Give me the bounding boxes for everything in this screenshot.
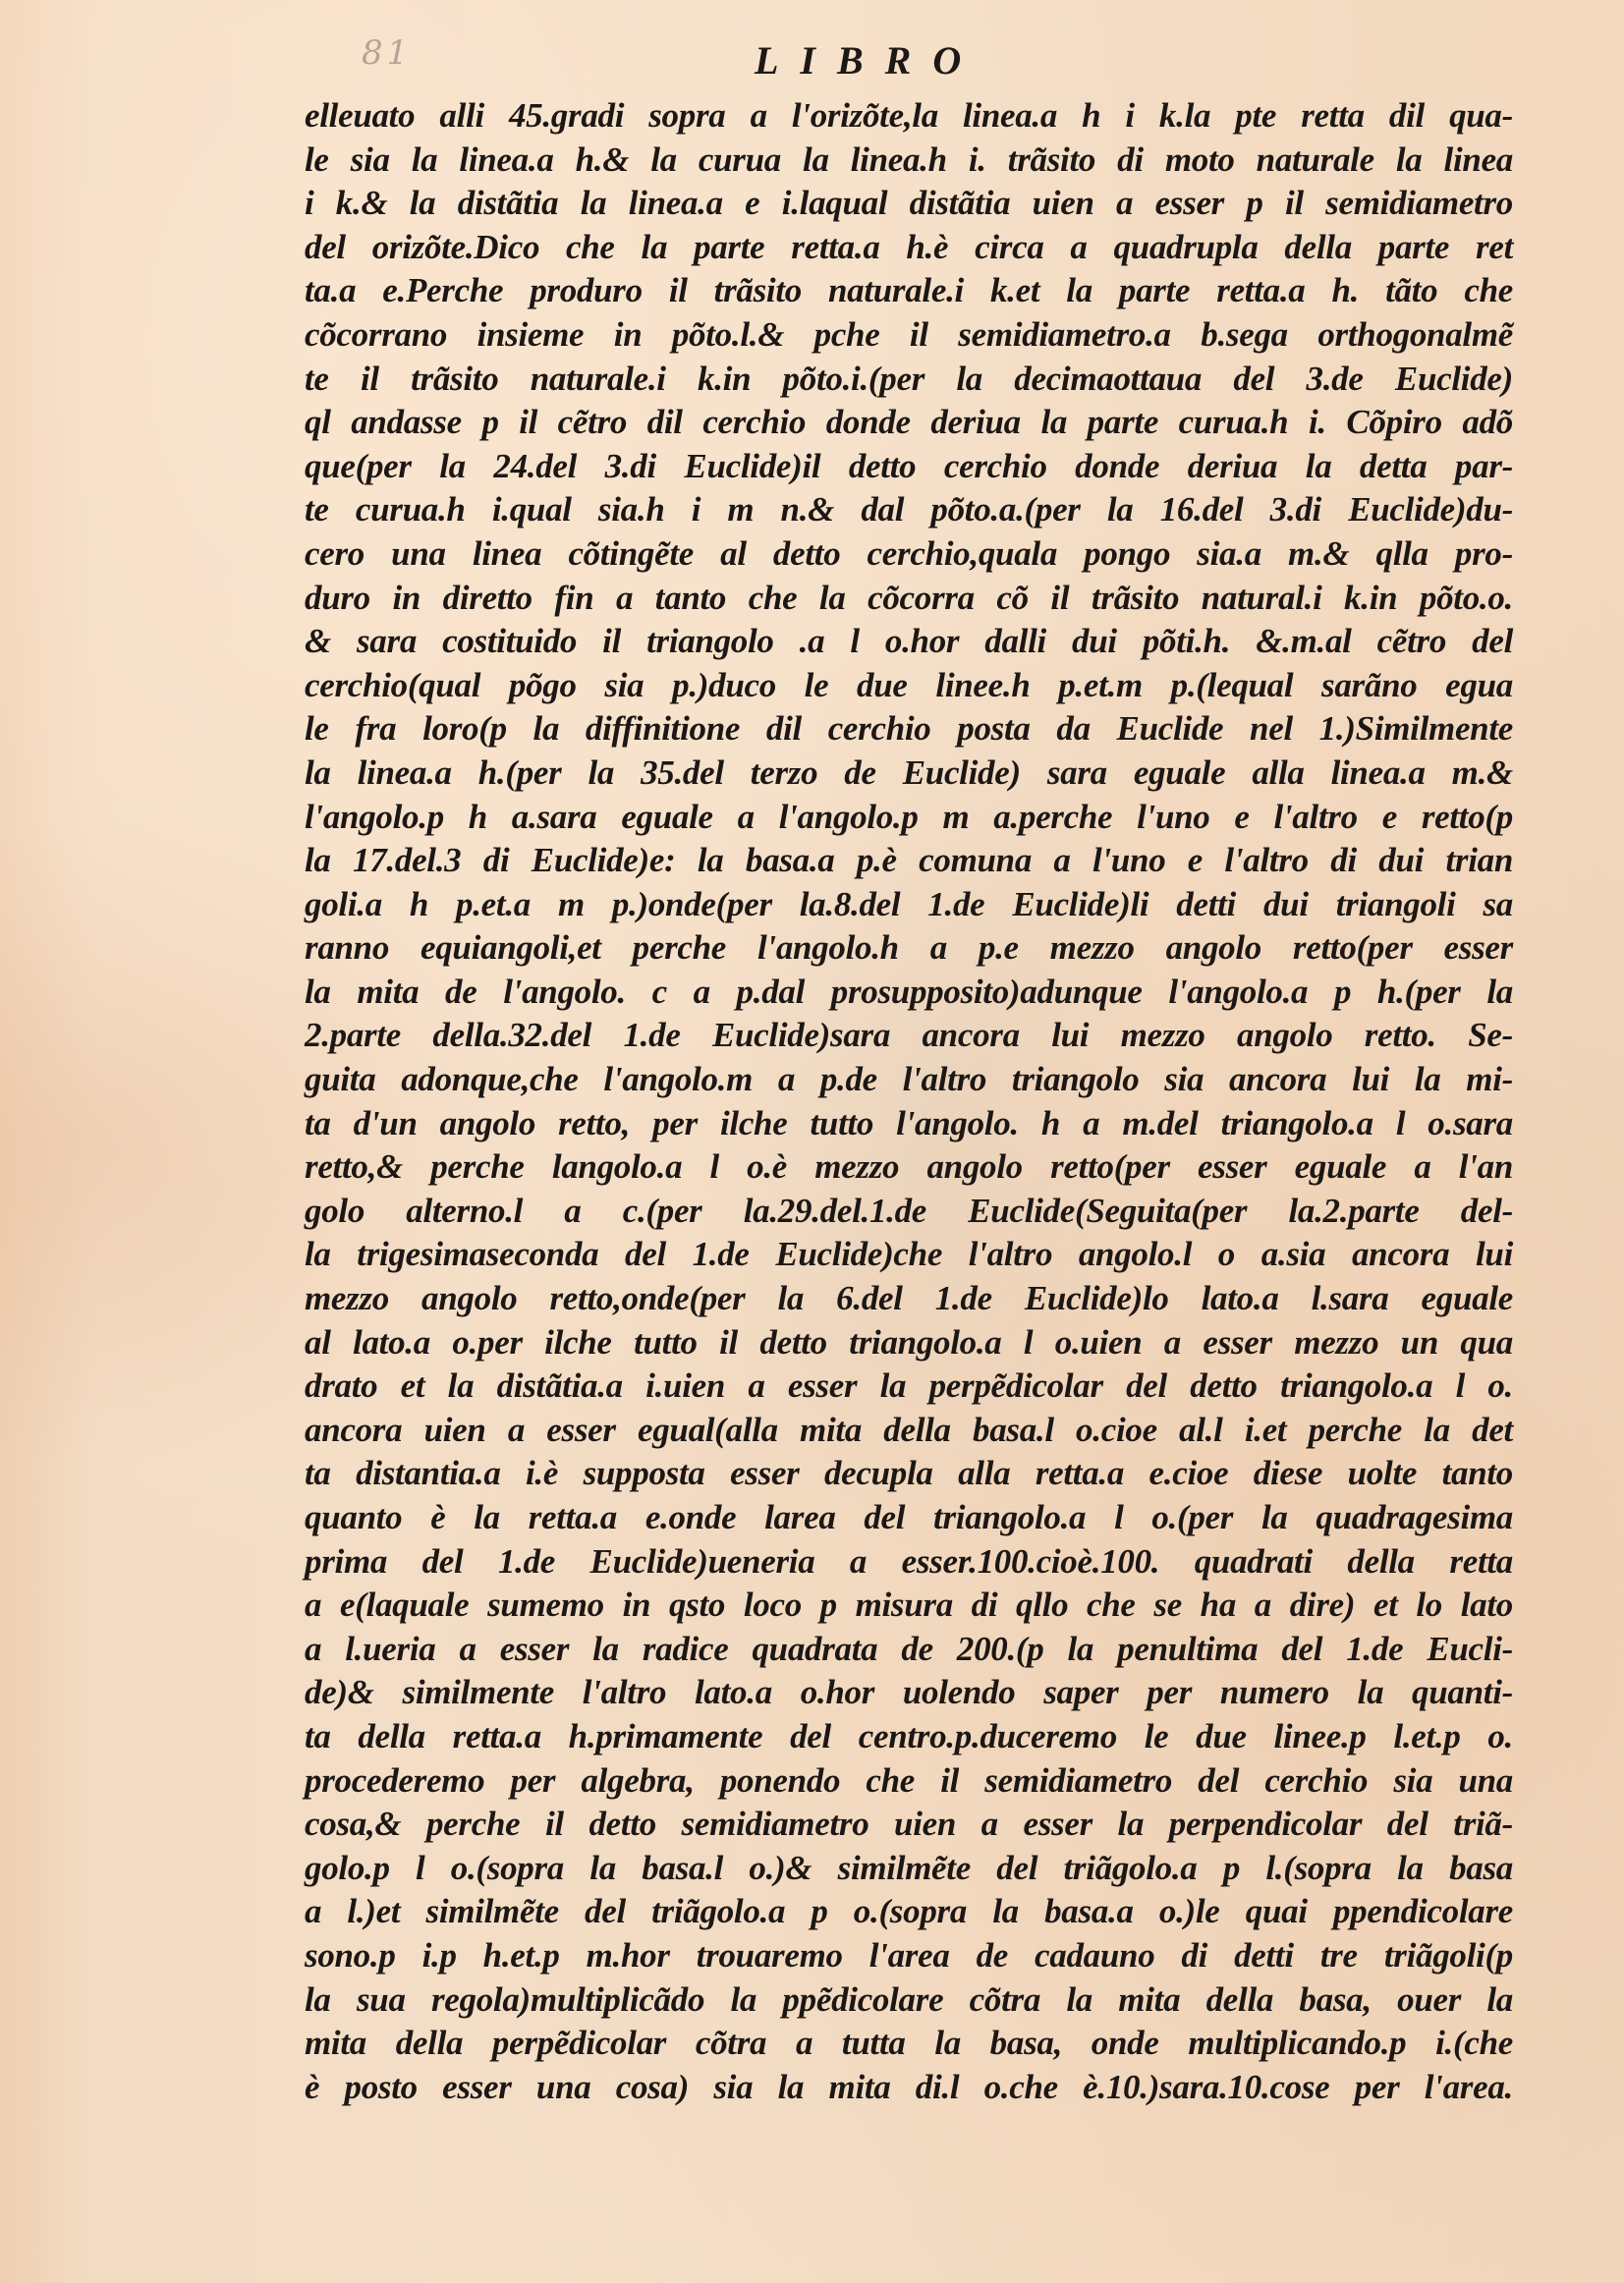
text-line: que(per la 24.del 3.di Euclide)il detto … [305, 445, 1513, 489]
text-line: prima del 1.de Euclide)ueneria a esser.1… [305, 1540, 1513, 1585]
text-line: le sia la linea.a h.& la curua la linea.… [305, 139, 1513, 183]
text-line: ta.a e.Perche produro il trãsito natural… [305, 269, 1513, 313]
text-line: 2.parte della.32.del 1.de Euclide)sara a… [305, 1014, 1513, 1058]
text-line: la sua regola)multiplicãdo la ppẽdicolar… [305, 1978, 1513, 2023]
text-line: drato et la distãtia.a i.uien a esser la… [305, 1364, 1513, 1409]
text-line: cosa,& perche il detto semidiametro uien… [305, 1803, 1513, 1847]
text-line: te il trãsito naturale.i k.in põto.i.(pe… [305, 358, 1513, 402]
text-line: procederemo per algebra, ponendo che il … [305, 1759, 1513, 1804]
text-line: golo.p l o.(sopra la basa.l o.)& similmẽ… [305, 1847, 1513, 1891]
text-line: cero una linea cõtingẽte al detto cerchi… [305, 532, 1513, 577]
text-line: ranno equiangoli,et perche l'angolo.h a … [305, 926, 1513, 971]
text-line: ta della retta.a h.primamente del centro… [305, 1715, 1513, 1759]
text-line: le fra loro(p la diffinitione dil cerchi… [305, 707, 1513, 752]
text-line: ta distantia.a i.è supposta esser decupl… [305, 1452, 1513, 1496]
book-page: 81 LIBRO elleuato alli 45.gradi sopra a … [0, 0, 1624, 2283]
text-line: elleuato alli 45.gradi sopra a l'orizõte… [305, 94, 1513, 139]
text-line: la 17.del.3 di Euclide)e: la basa.a p.è … [305, 839, 1513, 883]
text-line: i k.& la distãtia la linea.a e i.laqual … [305, 182, 1513, 226]
text-line: retto,& perche langolo.a l o.è mezzo ang… [305, 1145, 1513, 1190]
text-line: quanto è la retta.a e.onde larea del tri… [305, 1496, 1513, 1540]
text-line: la linea.a h.(per la 35.del terzo de Euc… [305, 752, 1513, 796]
text-line: a e(laquale sumemo in qsto loco p misura… [305, 1584, 1513, 1628]
text-line: al lato.a o.per ilche tutto il detto tri… [305, 1321, 1513, 1365]
text-line: mita della perpẽdicolar cõtra a tutta la… [305, 2022, 1513, 2066]
text-line: cõcorrano insieme in põto.l.& pche il se… [305, 313, 1513, 358]
text-line: ql andasse p il cẽtro dil cerchio donde … [305, 401, 1513, 445]
text-line: è posto esser una cosa) sia la mita di.l… [305, 2066, 1513, 2110]
text-line: del orizõte.Dico che la parte retta.a h.… [305, 226, 1513, 270]
body-text: elleuato alli 45.gradi sopra a l'orizõte… [305, 94, 1513, 2109]
text-line: golo alterno.l a c.(per la.29.del.1.de E… [305, 1190, 1513, 1234]
text-line: te curua.h i.qual sia.h i m n.& dal põto… [305, 488, 1513, 532]
text-line: la mita de l'angolo. c a p.dal prosuppos… [305, 971, 1513, 1015]
text-line: ancora uien a esser egual(alla mita dell… [305, 1409, 1513, 1453]
text-line: la trigesimaseconda del 1.de Euclide)che… [305, 1233, 1513, 1277]
text-line: sono.p i.p h.et.p m.hor trouaremo l'area… [305, 1934, 1513, 1978]
text-line: a l.ueria a esser la radice quadrata de … [305, 1628, 1513, 1672]
text-line: a l.)et similmẽte del triãgolo.a p o.(so… [305, 1890, 1513, 1934]
text-line: l'angolo.p h a.sara eguale a l'angolo.p … [305, 796, 1513, 840]
text-line: de)& similmente l'altro lato.a o.hor uol… [305, 1671, 1513, 1715]
text-line: goli.a h p.et.a m p.)onde(per la.8.del 1… [305, 883, 1513, 927]
text-line: cerchio(qual põgo sia p.)duco le due lin… [305, 664, 1513, 708]
page-number: 81 [362, 33, 412, 73]
text-line: guita adonque,che l'angolo.m a p.de l'al… [305, 1058, 1513, 1102]
text-line: ta d'un angolo retto, per ilche tutto l'… [305, 1102, 1513, 1146]
text-line: & sara costituido il triangolo .a l o.ho… [305, 620, 1513, 664]
text-line: duro in diretto fin a tanto che la cõcor… [305, 577, 1513, 621]
text-line: mezzo angolo retto,onde(per la 6.del 1.d… [305, 1277, 1513, 1321]
running-head: LIBRO [755, 37, 982, 84]
